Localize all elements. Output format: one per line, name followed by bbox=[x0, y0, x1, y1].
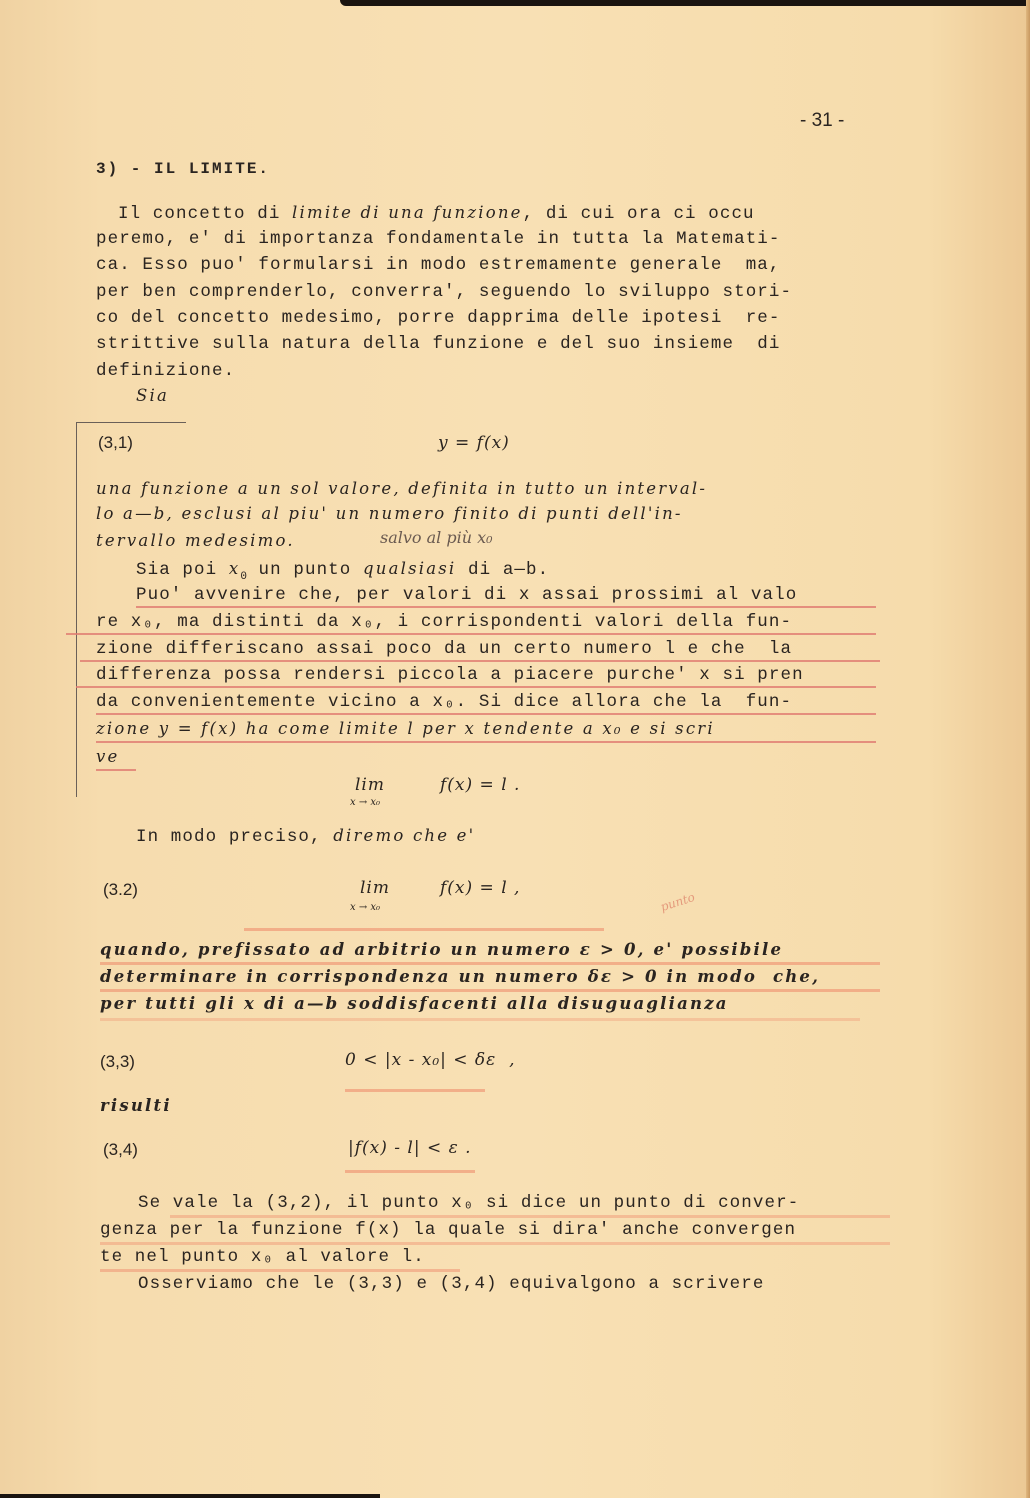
section-title: 3) - IL LIMITE. bbox=[96, 160, 270, 178]
red-underline bbox=[80, 660, 880, 662]
sia-word: Sia bbox=[136, 385, 169, 407]
text-line: da convenientemente vicino a x₀. Si dice… bbox=[96, 691, 792, 713]
limit-subscript: x → x₀ bbox=[350, 902, 380, 913]
equation-label-3-3: (3,3) bbox=[100, 1052, 135, 1072]
limit-operator: lim bbox=[360, 878, 390, 898]
text-line: Se vale la (3,2), il punto x₀ si dice un… bbox=[138, 1192, 799, 1214]
in-modo-line: In modo preciso, diremo che e' bbox=[136, 825, 475, 848]
text-line: differenza possa rendersi piccola a piac… bbox=[96, 664, 804, 686]
red-underline bbox=[76, 686, 876, 688]
limit-expression: f(x) = l . bbox=[440, 775, 520, 795]
orange-underline bbox=[345, 1089, 485, 1092]
red-underline bbox=[66, 633, 876, 635]
orange-underline bbox=[345, 1170, 475, 1173]
equation-label-3-1: (3,1) bbox=[98, 433, 133, 453]
sia-poi-line: Sia poi x0 un punto qualsiasi di a—b. bbox=[136, 558, 549, 583]
red-underline bbox=[96, 713, 876, 715]
text-line: Il concetto di limite di una funzione, d… bbox=[118, 202, 755, 225]
text-line: ve bbox=[96, 746, 120, 768]
equation-3-4: |f(x) - l| < ε . bbox=[348, 1138, 472, 1158]
red-underline bbox=[96, 769, 136, 771]
text-line: per tutti gli x di a—b soddisfacenti all… bbox=[100, 993, 729, 1015]
text-line: tervallo medesimo. bbox=[96, 530, 295, 552]
text-line: re x₀, ma distinti da x₀, i corrisponden… bbox=[96, 611, 792, 633]
equation-label-3-4: (3,4) bbox=[103, 1140, 138, 1160]
orange-underline bbox=[244, 928, 604, 931]
limit-subscript: x → x₀ bbox=[350, 797, 380, 808]
text-line: una funzione a un sol valore, definita i… bbox=[96, 478, 707, 500]
text-line: te nel punto x₀ al valore l. bbox=[100, 1246, 425, 1268]
limit-expression: f(x) = l , bbox=[440, 878, 520, 898]
text-line: peremo, e' di importanza fondamentale in… bbox=[96, 228, 781, 250]
limit-operator: lim bbox=[355, 775, 385, 795]
text-line: zione y = f(x) ha come limite l per x te… bbox=[96, 718, 715, 740]
red-underline bbox=[96, 741, 876, 743]
equation-3-3: 0 < |x - x₀| < δε , bbox=[345, 1050, 516, 1070]
text-line: determinare in corrispondenza un numero … bbox=[100, 966, 820, 988]
orange-underline bbox=[100, 1018, 860, 1021]
red-margin-note: punto bbox=[659, 890, 697, 914]
risulti-word: risulti bbox=[100, 1095, 172, 1117]
text-line: per ben comprenderlo, converra', seguend… bbox=[96, 281, 792, 303]
scan-edge-right bbox=[1026, 0, 1030, 1498]
text-line: zione differiscano assai poco da un cert… bbox=[96, 638, 792, 660]
equation-label-3-2: (3.2) bbox=[103, 880, 138, 900]
orange-underline bbox=[100, 1242, 890, 1245]
pencil-margin-bracket bbox=[76, 422, 77, 797]
red-underline bbox=[136, 606, 876, 608]
orange-underline bbox=[100, 962, 880, 965]
text-line: co del concetto medesimo, porre dapprima… bbox=[96, 307, 781, 329]
orange-underline bbox=[100, 1269, 460, 1272]
text-line: genza per la funzione f(x) la quale si d… bbox=[100, 1219, 796, 1241]
text-line: Puo' avvenire che, per valori di x assai… bbox=[136, 584, 797, 606]
text-line: definizione. bbox=[96, 360, 235, 382]
text-line: Osserviamo che le (3,3) e (3,4) equivalg… bbox=[138, 1273, 765, 1295]
text-line: strittive sulla natura della funzione e … bbox=[96, 333, 781, 355]
text-line: quando, prefissato ad arbitrio un numero… bbox=[100, 939, 783, 961]
orange-underline bbox=[100, 989, 880, 992]
pencil-bracket-top bbox=[76, 422, 186, 423]
handwritten-note: salvo al più x₀ bbox=[380, 528, 493, 547]
page-number: - 31 - bbox=[800, 110, 844, 132]
scan-edge-bottom bbox=[0, 1494, 380, 1498]
text-line: lo a—b, esclusi al piu' un numero finito… bbox=[96, 503, 683, 525]
orange-underline bbox=[170, 1215, 890, 1218]
text-line: ca. Esso puo' formularsi in modo estrema… bbox=[96, 254, 781, 276]
equation-3-1: y = f(x) bbox=[438, 433, 510, 453]
scan-edge-top bbox=[340, 0, 1030, 6]
